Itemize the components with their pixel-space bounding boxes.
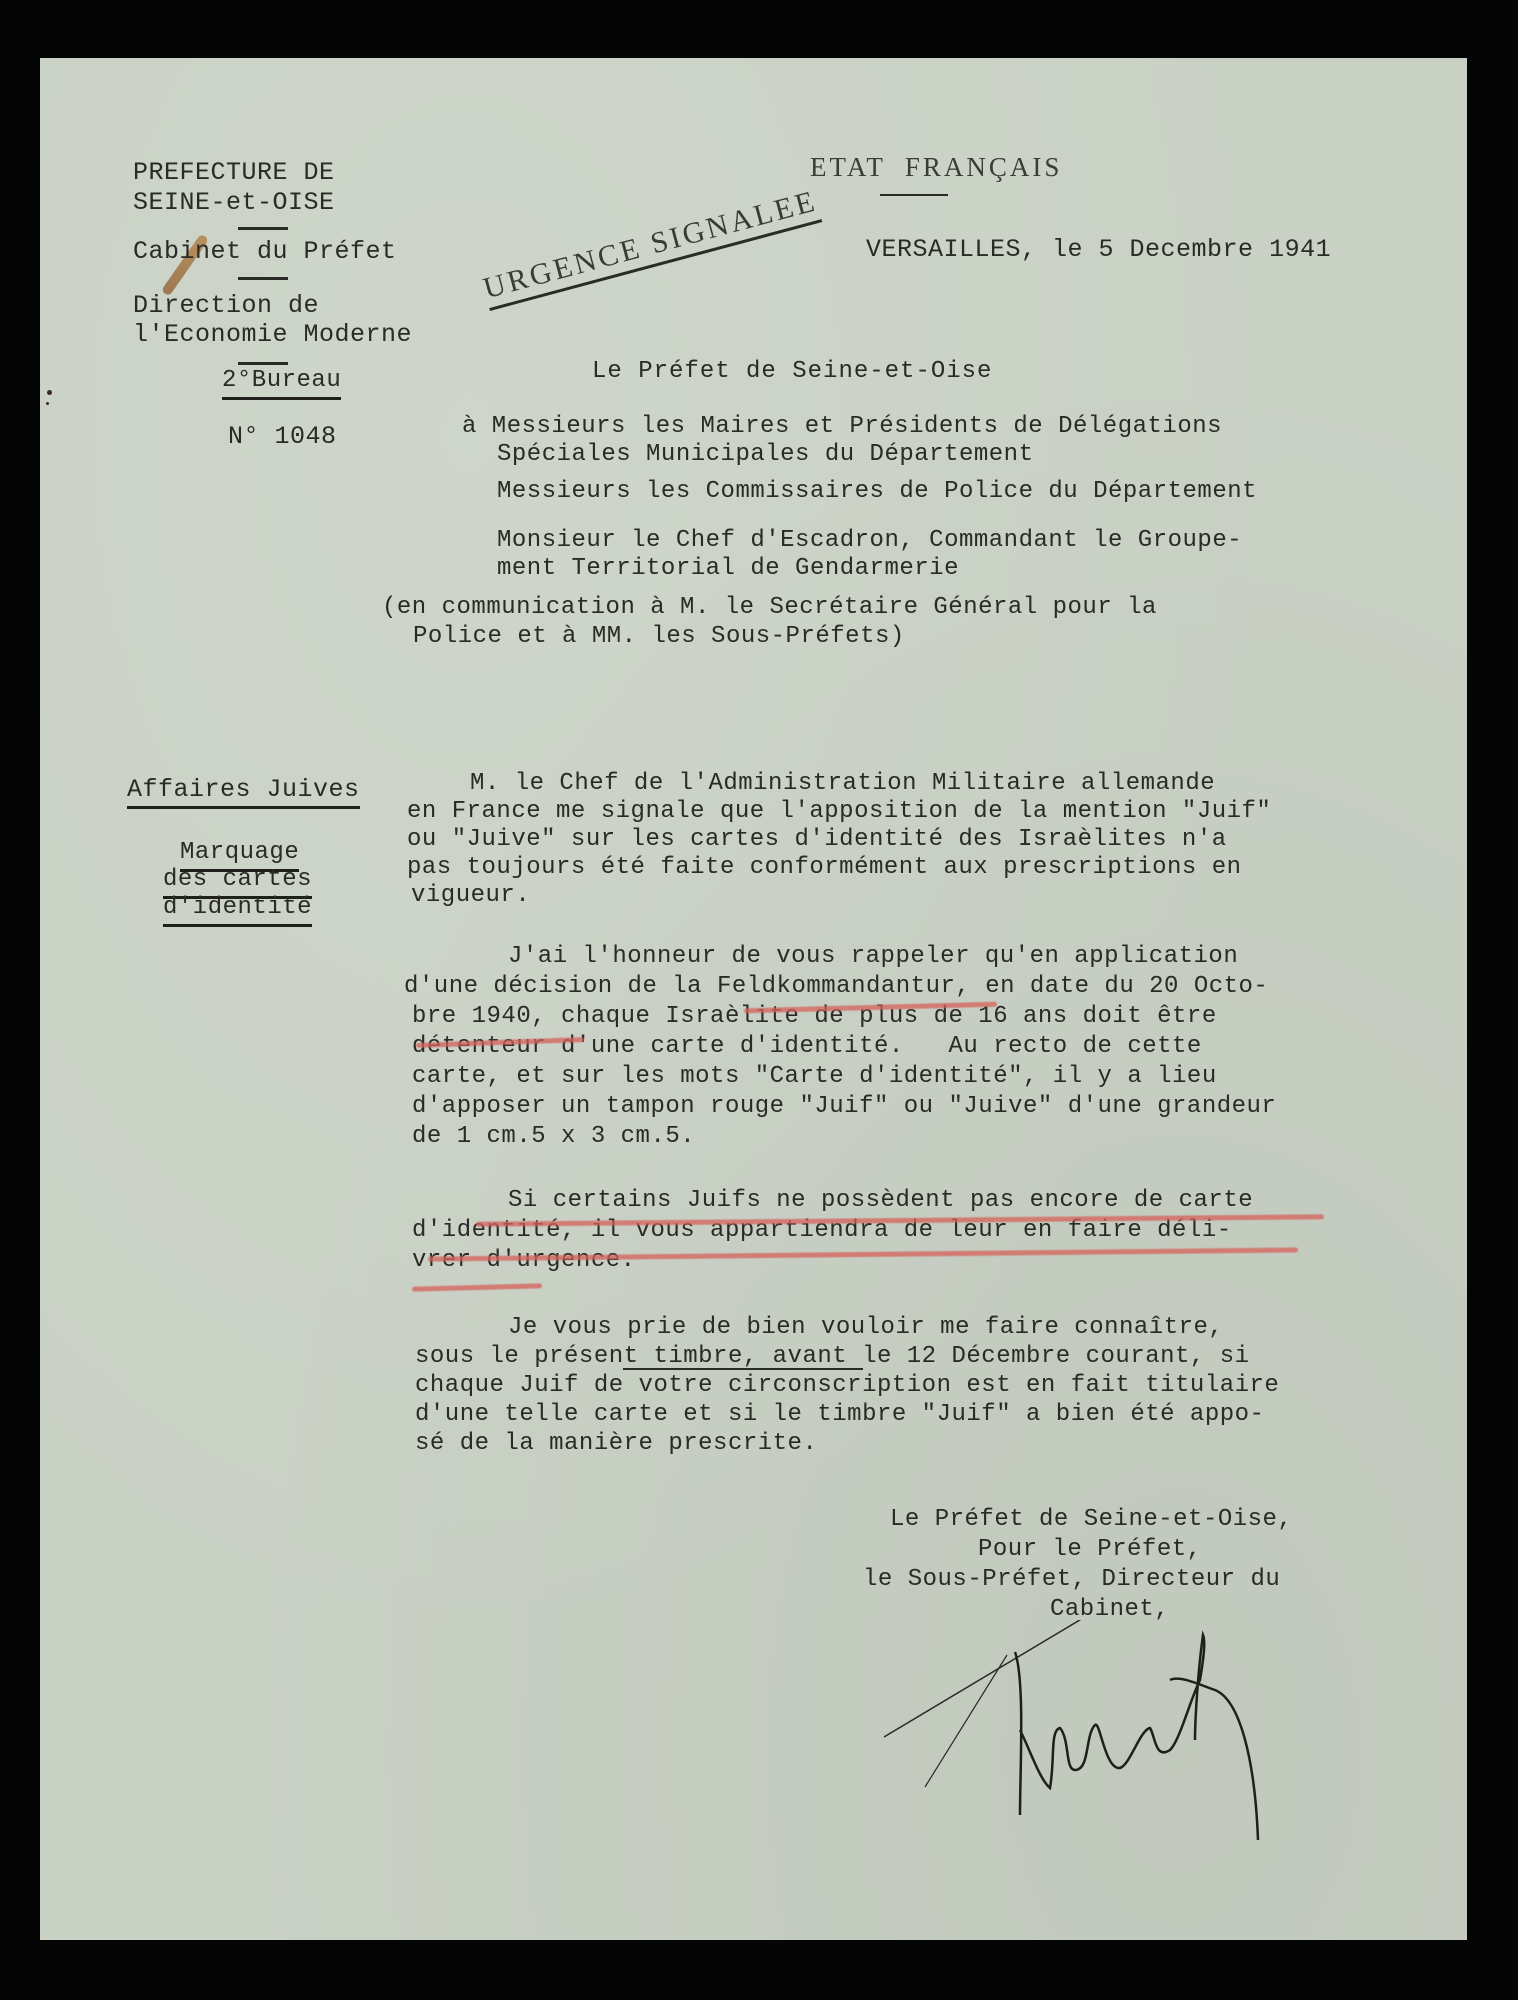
p1-line: vigueur. (411, 881, 530, 911)
bureau-label: 2°Bureau (222, 366, 341, 400)
closing-line1: Le Préfet de Seine-et-Oise, (890, 1505, 1292, 1535)
prefecture-line2: SEINE-et-OISE (133, 188, 335, 218)
divider (880, 194, 948, 196)
ink-speck (46, 402, 49, 405)
subject-line3: d'identité (163, 893, 312, 927)
p2-line: d'une décision de la Feldkommandantur, e… (404, 972, 1268, 1002)
cc-line2: Police et à MM. les Sous-Préfets) (413, 622, 905, 652)
recipient-3-line2: ment Territorial de Gendarmerie (497, 554, 959, 584)
divider (238, 277, 288, 280)
recipient-1-line2: Spéciales Municipales du Département (497, 440, 1033, 470)
state-header: ETAT FRANÇAIS (810, 152, 1062, 182)
p1-line: pas toujours été faite conformément aux … (407, 853, 1242, 883)
p2-line: d'apposer un tampon rouge "Juif" ou "Jui… (412, 1092, 1276, 1122)
p4-line: Je vous prie de bien vouloir me faire co… (508, 1313, 1223, 1343)
divider (238, 362, 288, 365)
recipient-1-line1: à Messieurs les Maires et Présidents de … (462, 412, 1222, 442)
p4-line: sé de la manière prescrite. (415, 1429, 817, 1459)
p2-line: détenteur d'une carte d'identité. Au rec… (412, 1032, 1202, 1062)
direction-line1: Direction de (133, 291, 319, 321)
p2-line: J'ai l'honneur de vous rappeler qu'en ap… (508, 942, 1238, 972)
p4-line: chaque Juif de votre circonscription est… (415, 1371, 1279, 1401)
p2-line: carte, et sur les mots "Carte d'identité… (412, 1062, 1217, 1092)
divider (238, 227, 288, 230)
p4-line: d'une telle carte et si le timbre "Juif"… (415, 1400, 1264, 1430)
signature (870, 1620, 1290, 1870)
prefecture-line1: PREFECTURE DE (133, 158, 335, 188)
cc-line1: (en communication à M. le Secrétaire Gén… (382, 593, 1157, 623)
p2-line: de 1 cm.5 x 3 cm.5. (412, 1122, 695, 1152)
closing-line2: Pour le Préfet, (978, 1535, 1202, 1565)
subject-heading: Affaires Juives (127, 775, 360, 809)
ink-speck (47, 390, 52, 395)
p3-line: Si certains Juifs ne possèdent pas encor… (508, 1186, 1253, 1216)
closing-line3: le Sous-Préfet, Directeur du (863, 1565, 1280, 1595)
place-date: VERSAILLES, le 5 Decembre 1941 (866, 235, 1331, 265)
recipient-3-line1: Monsieur le Chef d'Escadron, Commandant … (497, 526, 1242, 556)
sender: Le Préfet de Seine-et-Oise (592, 357, 992, 387)
p1-line: en France me signale que l'apposition de… (407, 797, 1271, 827)
direction-line2: l'Economie Moderne (133, 320, 412, 350)
ink-underline (623, 1368, 863, 1370)
recipient-2: Messieurs les Commissaires de Police du … (497, 477, 1257, 507)
p1-line: ou "Juive" sur les cartes d'identité des… (407, 825, 1227, 855)
p1-line: M. le Chef de l'Administration Militaire… (470, 769, 1215, 799)
reference-number: N° 1048 (228, 422, 337, 452)
cabinet-label: Cabinet du Préfet (133, 237, 397, 267)
